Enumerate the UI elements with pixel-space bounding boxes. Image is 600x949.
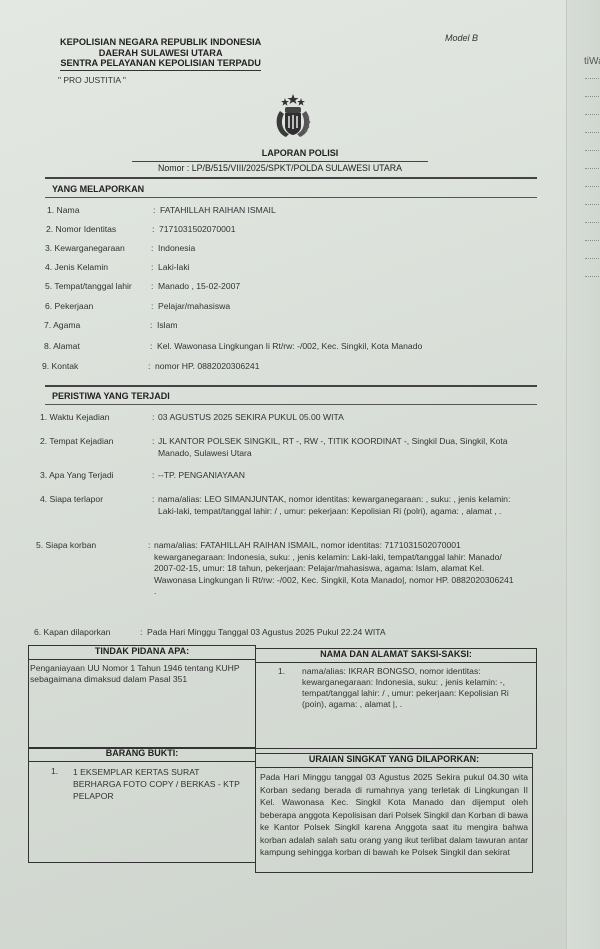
section-divider — [45, 177, 537, 179]
org-line-1: KEPOLISIAN NEGARA REPUBLIK INDONESIA — [60, 37, 261, 48]
field-label: 4. Jenis Kelamin — [45, 262, 108, 274]
field-value: 7171031502070001 — [159, 224, 559, 236]
barang-bukti-text: 1 EKSEMPLAR KERTAS SURAT BERHARGA FOTO C… — [73, 766, 241, 802]
field-value: 03 AGUSTUS 2025 SEKIRA PUKUL 05.00 WITA — [158, 412, 538, 424]
tindak-pidana-text: Penganiayaan UU Nomor 1 Tahun 1946 tenta… — [30, 663, 252, 685]
uraian-cell: URAIAN SINGKAT YANG DILAPORKAN: Pada Har… — [255, 753, 533, 873]
pro-justitia: " PRO JUSTITIA " — [58, 75, 126, 85]
org-header: KEPOLISIAN NEGARA REPUBLIK INDONESIA DAE… — [60, 37, 261, 71]
field-label: 1. Nama — [47, 205, 79, 217]
field-label: 9. Kontak — [42, 361, 78, 373]
document-page: tiWa KEPOLISIAN NEGARA REPUBLIK INDONESI… — [0, 0, 600, 949]
field-value: Manado , 15-02-2007 — [158, 281, 558, 293]
field-value: Pelajar/mahasiswa — [158, 301, 558, 313]
section-divider — [45, 385, 537, 387]
field-value: Indonesia — [158, 243, 558, 255]
report-number: Nomor : LP/B/515/VIII/2025/SPKT/POLDA SU… — [132, 161, 428, 173]
field-label: 3. Apa Yang Terjadi — [40, 470, 114, 482]
field-label: 5. Siapa korban — [36, 540, 96, 552]
org-line-2: DAERAH SULAWESI UTARA — [60, 48, 261, 59]
field-value: FATAHILLAH RAIHAN ISMAIL — [160, 205, 560, 217]
field-value: JL KANTOR POLSEK SINGKIL, RT -, RW -, TI… — [158, 436, 518, 459]
field-value: --TP. PENGANIAYAAN — [158, 470, 518, 482]
section-divider — [45, 404, 537, 405]
field-label: 2. Nomor Identitas — [46, 224, 116, 236]
field-label: 6. Kapan dilaporkan — [34, 627, 110, 639]
uraian-text: Pada Hari Minggu tanggal 03 Agustus 2025… — [260, 771, 528, 871]
police-emblem-icon — [268, 93, 318, 143]
field-value: Islam — [157, 320, 557, 332]
field-label: 1. Waktu Kejadian — [40, 412, 109, 424]
uraian-header: URAIAN SINGKAT YANG DILAPORKAN: — [256, 754, 532, 768]
field-value: nama/alias: LEO SIMANJUNTAK, nomor ident… — [158, 494, 528, 517]
section-divider — [45, 197, 537, 198]
underlying-sheet-dots — [585, 78, 600, 294]
saksi-cell: NAMA DAN ALAMAT SAKSI-SAKSI: 1. nama/ali… — [255, 648, 537, 749]
field-label: 6. Pekerjaan — [45, 301, 93, 313]
underlying-sheet-text: tiWa — [584, 56, 600, 67]
field-label: 3. Kewarganegaraan — [45, 243, 125, 255]
tindak-pidana-header: TINDAK PIDANA APA: — [29, 646, 255, 660]
barang-bukti-num: 1. — [51, 766, 58, 777]
field-value: nomor HP. 0882020306241 — [155, 361, 555, 373]
section-title-pelapor: YANG MELAPORKAN — [52, 184, 144, 194]
field-value: Kel. Wawonasa Lingkungan Ii Rt/rw: -/002… — [157, 341, 557, 353]
field-value: nama/alias: FATAHILLAH RAIHAN ISMAIL, no… — [154, 540, 514, 598]
barang-bukti-header: BARANG BUKTI: — [29, 748, 255, 762]
saksi-header: NAMA DAN ALAMAT SAKSI-SAKSI: — [256, 649, 536, 663]
field-label: 5. Tempat/tanggal lahir — [45, 281, 132, 293]
model-label: Model B — [445, 33, 478, 43]
tindak-pidana-cell: TINDAK PIDANA APA: Penganiayaan UU Nomor… — [28, 645, 256, 749]
field-label: 7. Agama — [44, 320, 80, 332]
report-title: LAPORAN POLISI — [0, 148, 600, 158]
field-label: 4. Siapa terlapor — [40, 494, 103, 506]
barang-bukti-cell: BARANG BUKTI: 1. 1 EKSEMPLAR KERTAS SURA… — [28, 747, 256, 863]
field-value: Pada Hari Minggu Tanggal 03 Agustus 2025… — [147, 627, 527, 639]
saksi-text: nama/alias: IKRAR BONGSO, nomor identita… — [302, 666, 522, 710]
org-line-3: SENTRA PELAYANAN KEPOLISIAN TERPADU — [60, 58, 261, 71]
section-title-peristiwa: PERISTIWA YANG TERJADI — [52, 391, 170, 401]
field-label: 2. Tempat Kejadian — [40, 436, 113, 448]
field-value: Laki-laki — [158, 262, 558, 274]
saksi-num: 1. — [278, 666, 285, 677]
field-label: 8. Alamat — [44, 341, 80, 353]
